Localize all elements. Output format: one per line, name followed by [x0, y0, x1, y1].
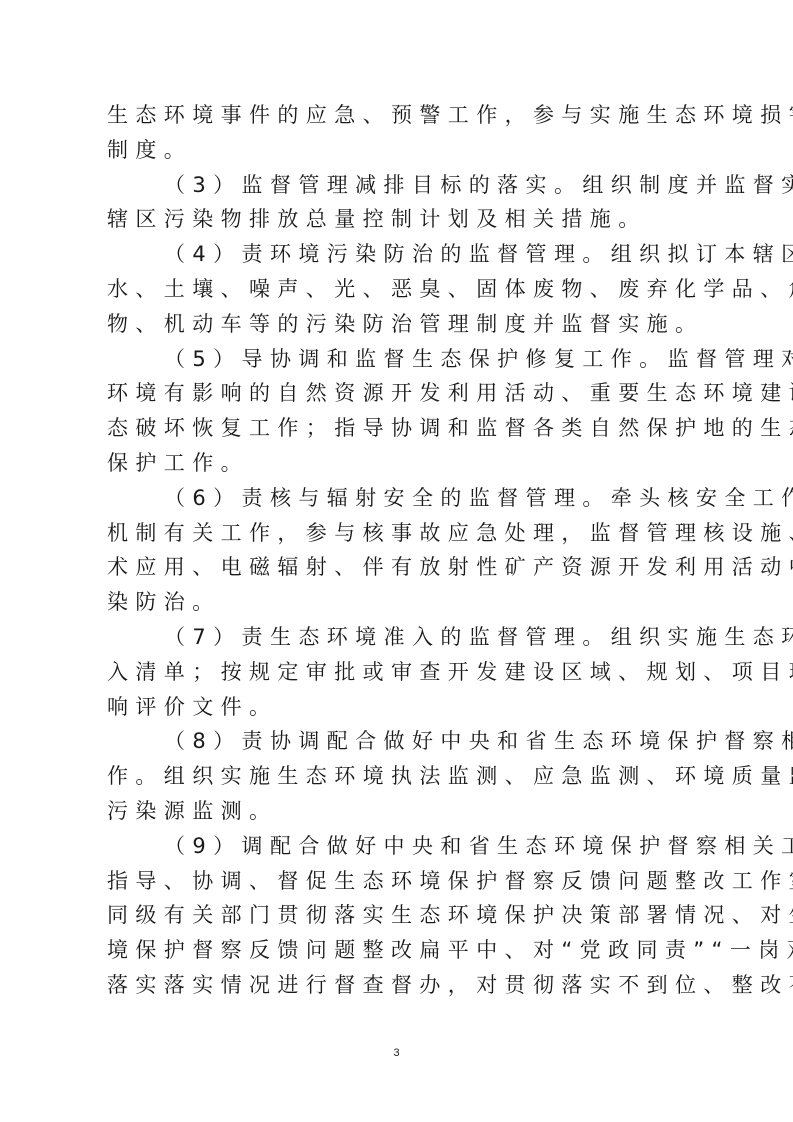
document-body: 生态环境事件的应急、预警工作，参与实施生态环境损害赔偿 制度。 （3）监督管理减… — [107, 98, 687, 1003]
text-line: 机制有关工作，参与核事故应急处理，监督管理核设施、核技 — [107, 516, 687, 551]
item-9-heading-line: （9）调配合做好中央和省生态环境保护督察相关工作。 — [107, 829, 687, 864]
text-line: 同级有关部门贯彻落实生态环境保护决策部署情况、对生态环 — [107, 898, 687, 933]
item-4-heading-line: （4）责环境污染防治的监督管理。组织拟订本辖区大气、 — [107, 237, 687, 272]
text-line: 辖区污染物排放总量控制计划及相关措施。 — [107, 202, 687, 237]
text-line: 环境有影响的自然资源开发利用活动、重要生态环境建设和生 — [107, 376, 687, 411]
text-line: 水、土壤、噪声、光、恶臭、固体废物、废弃化学品、危险废 — [107, 272, 687, 307]
text-line: 保护工作。 — [107, 446, 687, 481]
text-line: 污染源监测。 — [107, 794, 687, 829]
item-3-heading-line: （3）监督管理减排目标的落实。组织制度并监督实施本 — [107, 168, 687, 203]
item-7-heading-line: （7）责生态环境准入的监督管理。组织实施生态环境准 — [107, 620, 687, 655]
item-8-heading-line: （8）责协调配合做好中央和省生态环境保护督察相关工 — [107, 724, 687, 759]
text-line: 作。组织实施生态环境执法监测、应急监测、环境质量监测、 — [107, 759, 687, 794]
document-page: 生态环境事件的应急、预警工作，参与实施生态环境损害赔偿 制度。 （3）监督管理减… — [0, 0, 793, 1122]
text-line: 响评价文件。 — [107, 690, 687, 725]
text-line: 术应用、电磁辐射、伴有放射性矿产资源开发利用活动中的污 — [107, 550, 687, 585]
item-5-heading-line: （5）导协调和监督生态保护修复工作。监督管理对生态 — [107, 342, 687, 377]
text-line: 境保护督察反馈问题整改扁平中、对“党政同责”“一岗双责” — [107, 933, 687, 968]
text-line: 物、机动车等的污染防治管理制度并监督实施。 — [107, 307, 687, 342]
page-number: 3 — [0, 1047, 793, 1059]
text-line: 指导、协调、督促生态环境保护督察反馈问题整改工作室；对 — [107, 864, 687, 899]
text-line: 制度。 — [107, 133, 687, 168]
text-line: 染防治。 — [107, 585, 687, 620]
text-line: 生态环境事件的应急、预警工作，参与实施生态环境损害赔偿 — [107, 98, 687, 133]
text-line: 入清单；按规定审批或审查开发建设区域、规划、项目环境影 — [107, 655, 687, 690]
text-line: 态破坏恢复工作；指导协调和监督各类自然保护地的生态环境 — [107, 411, 687, 446]
item-6-heading-line: （6）责核与辐射安全的监督管理。牵头核安全工作协调 — [107, 481, 687, 516]
text-line: 落实落实情况进行督查督办，对贯彻落实不到位、整改不力的 — [107, 968, 687, 1003]
